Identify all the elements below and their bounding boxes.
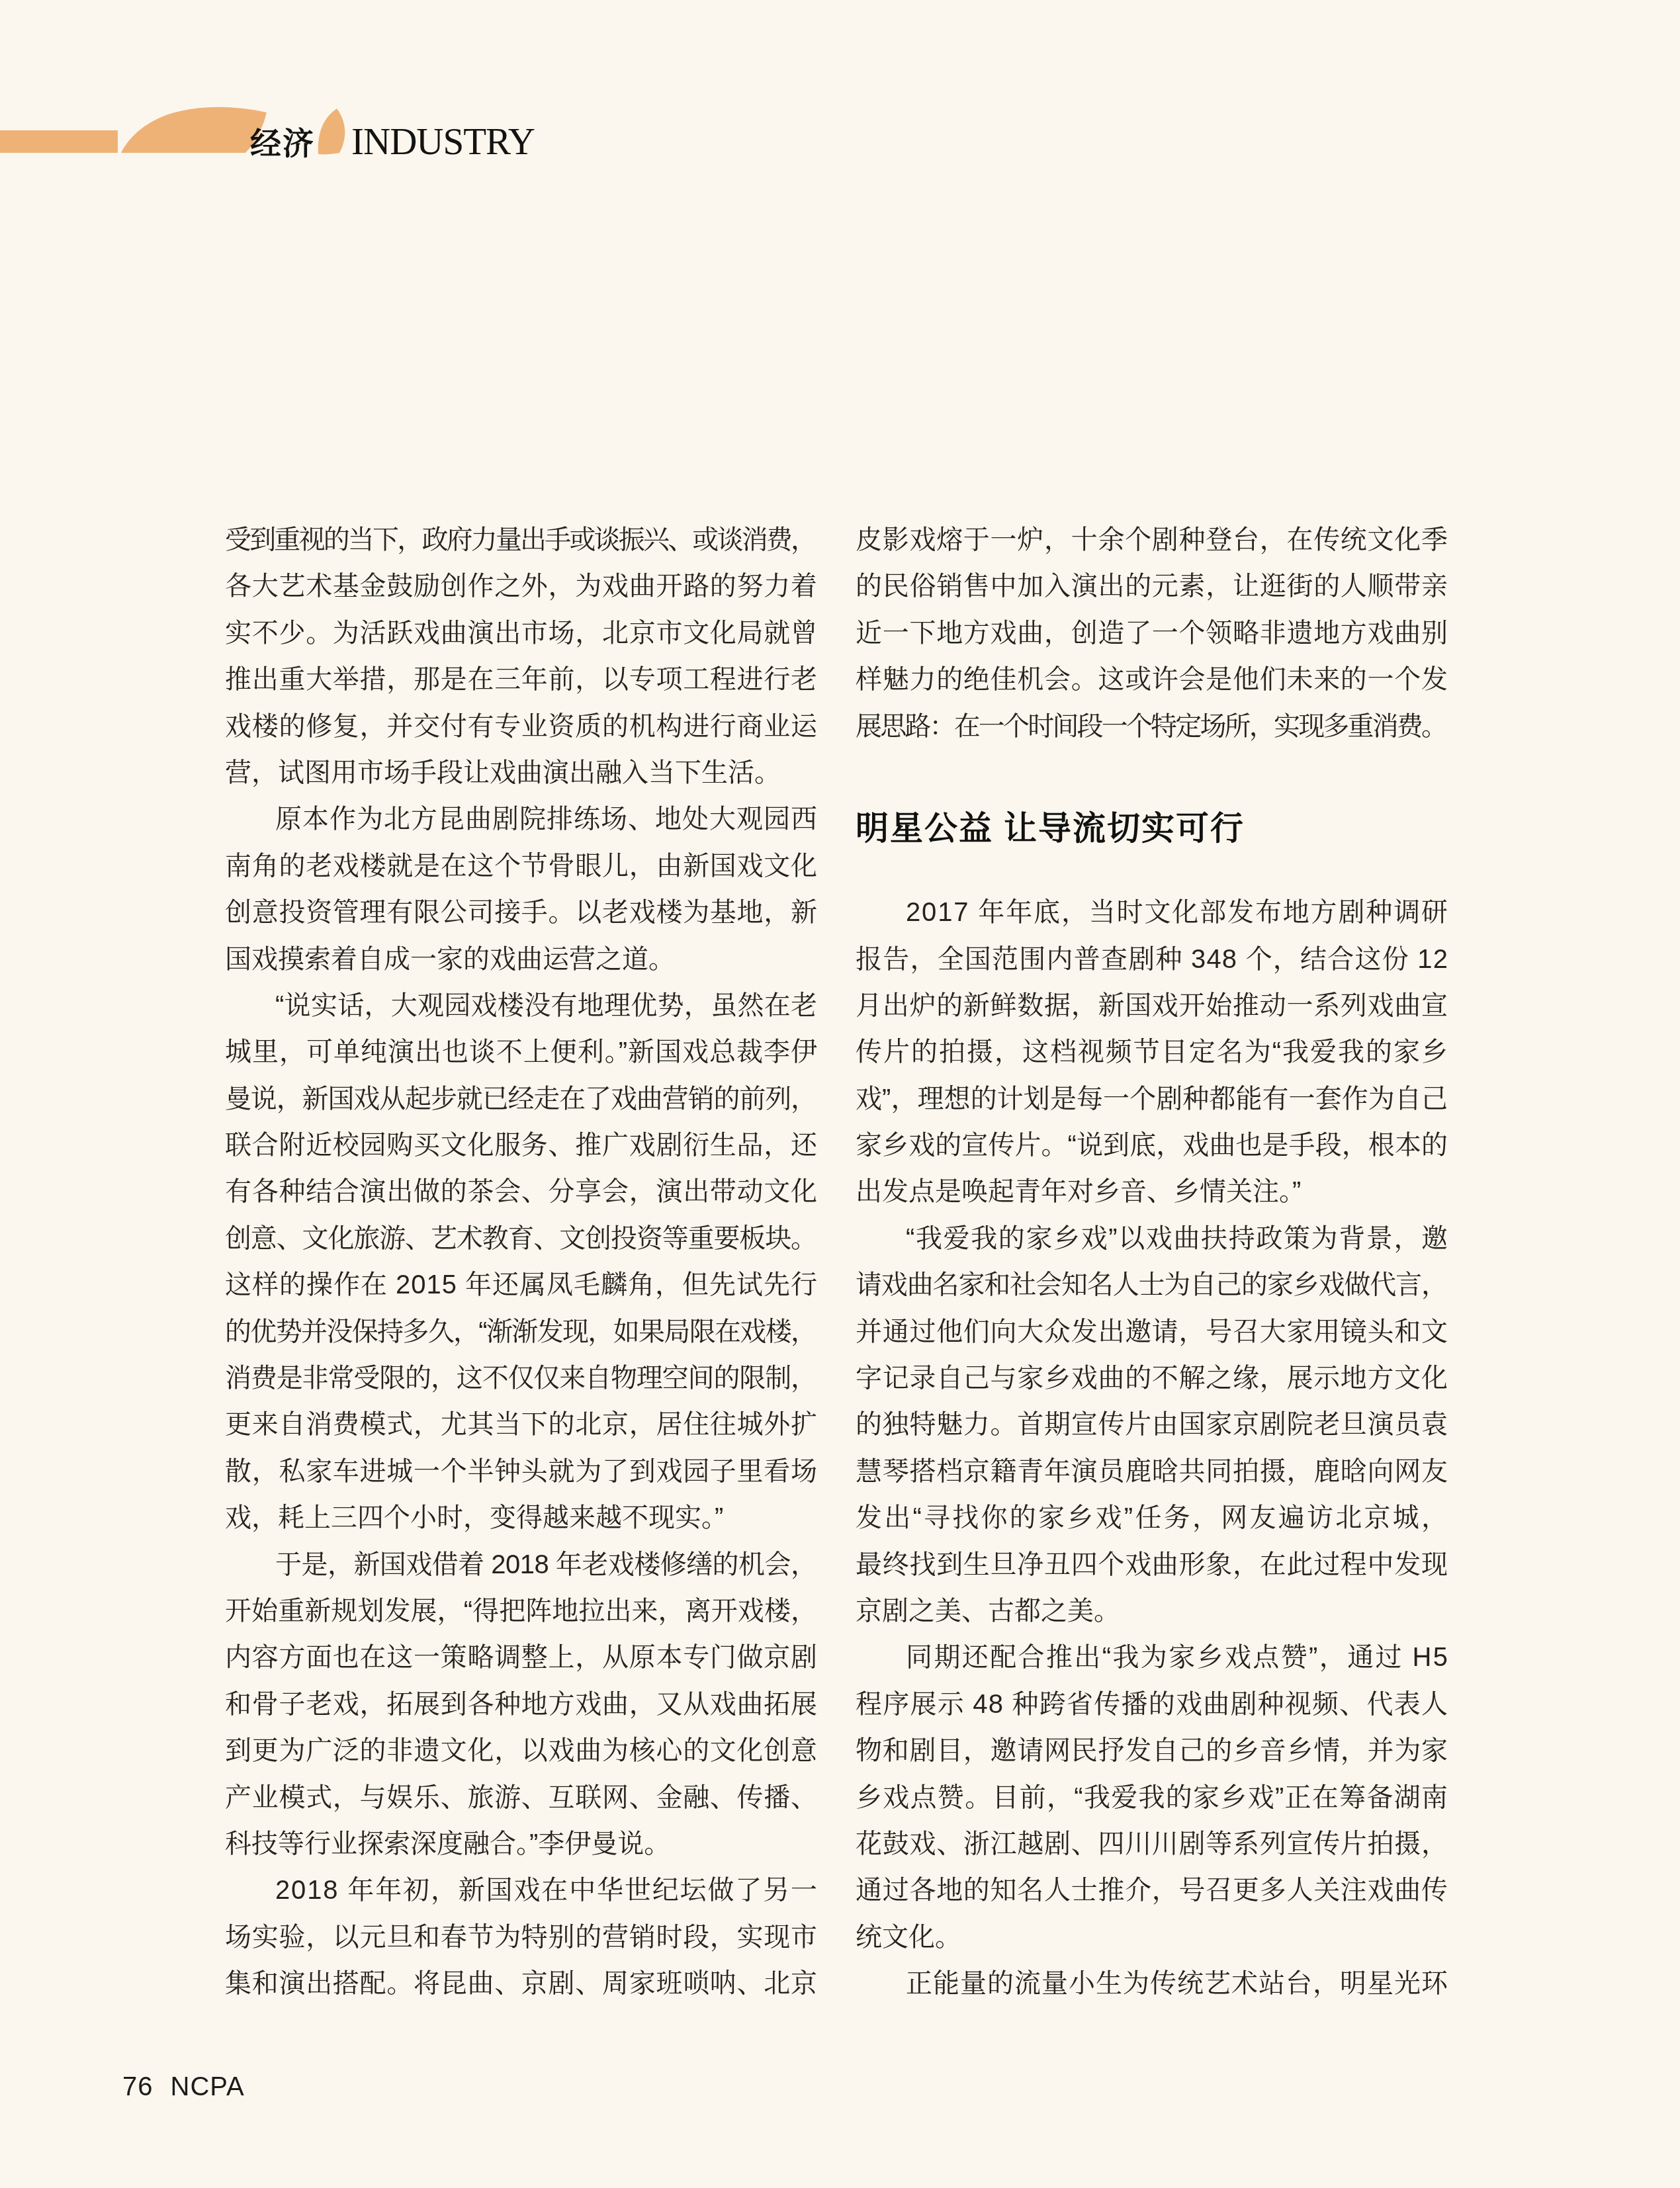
text-line: 乡戏点赞。目前，“我爱我的家乡戏”正在筹备湖南 [856, 1774, 1449, 1821]
right-column-top: 皮影戏熔于一炉，十余个剧种登台，在传统文化季的民俗销售中加入演出的元素，让逛街的… [856, 517, 1449, 750]
text-line: 这样的操作在 2015 年还属凤毛麟角，但先试先行 [225, 1262, 817, 1308]
text-line: 创意、文化旅游、艺术教育、文创投资等重要板块。 [225, 1215, 817, 1262]
left-column: 受到重视的当下，政府力量出手或谈振兴、或谈消费，各大艺术基金鼓励创作之外，为戏曲… [225, 517, 817, 2007]
header-decoration [0, 99, 371, 165]
section-header: 经济 INDUSTRY [0, 0, 1680, 225]
text-line: 原本作为北方昆曲剧院排练场、地处大观园西 [225, 796, 817, 842]
text-line: “我爱我的家乡戏”以戏曲扶持政策为背景，邀 [856, 1215, 1449, 1262]
text-line: 实不少。为活跃戏曲演出市场，北京市文化局就曾 [225, 610, 817, 656]
text-line: 戏，耗上三四个小时，变得越来越不现实。” [225, 1495, 817, 1541]
text-line: 慧琴搭档京籍青年演员鹿晗共同拍摄，鹿晗向网友 [856, 1448, 1449, 1495]
heading-slot: 明星公益 让导流切实可行 [856, 750, 1449, 889]
text-line: 发出“寻找你的家乡戏”任务，网友遍访北京城， [856, 1495, 1449, 1541]
text-line: 联合附近校园购买文化服务、推广戏剧衍生品，还 [225, 1122, 817, 1168]
text-line: “说实话，大观园戏楼没有地理优势，虽然在老 [225, 983, 817, 1029]
text-line: 皮影戏熔于一炉，十余个剧种登台，在传统文化季 [856, 517, 1449, 563]
text-line: 程序展示 48 种跨省传播的戏曲剧种视频、代表人 [856, 1681, 1449, 1728]
text-line: 样魅力的绝佳机会。这或许会是他们未来的一个发 [856, 656, 1449, 703]
text-line: 曼说，新国戏从起步就已经走在了戏曲营销的前列， [225, 1076, 817, 1122]
text-line: 受到重视的当下，政府力量出手或谈振兴、或谈消费， [225, 517, 817, 563]
text-line: 集和演出搭配。将昆曲、京剧、周家班唢呐、北京 [225, 1960, 817, 2007]
magazine-page: 经济 INDUSTRY 受到重视的当下，政府力量出手或谈振兴、或谈消费，各大艺术… [0, 0, 1680, 2188]
text-line: 南角的老戏楼就是在这个节骨眼儿，由新国戏文化 [225, 843, 817, 889]
text-line: 的独特魅力。首期宣传片由国家京剧院老旦演员袁 [856, 1401, 1449, 1448]
text-line: 花鼓戏、浙江越剧、四川川剧等系列宣传片拍摄， [856, 1821, 1449, 1867]
text-line: 创意投资管理有限公司接手。以老戏楼为基地，新 [225, 889, 817, 936]
text-line: 戏楼的修复，并交付有专业资质的机构进行商业运 [225, 703, 817, 750]
text-line: 消费是非常受限的，这不仅仅来自物理空间的限制， [225, 1355, 817, 1401]
text-line: 近一下地方戏曲，创造了一个领略非遗地方戏曲别 [856, 610, 1449, 656]
section-title-en: INDUSTRY [351, 123, 535, 161]
text-line: 国戏摸索着自成一家的戏曲运营之道。 [225, 936, 817, 983]
text-line: 同期还配合推出“我为家乡戏点赞”，通过 H5 [856, 1634, 1449, 1681]
text-line: 通过各地的知名人士推介，号召更多人关注戏曲传 [856, 1867, 1449, 1913]
text-line: 产业模式，与娱乐、旅游、互联网、金融、传播、 [225, 1774, 817, 1821]
text-line: 出发点是唤起青年对乡音、乡情关注。” [856, 1168, 1449, 1215]
right-column-bottom: 2017 年年底，当时文化部发布地方剧种调研报告，全国范围内普查剧种 348 个… [856, 889, 1449, 2007]
text-line: 城里，可单纯演出也谈不上便利。”新国戏总裁李伊 [225, 1029, 817, 1075]
text-line: 各大艺术基金鼓励创作之外，为戏曲开路的努力着 [225, 563, 817, 609]
text-line: 2018 年年初，新国戏在中华世纪坛做了另一 [225, 1867, 817, 1913]
text-line: 的民俗销售中加入演出的元素，让逛街的人顺带亲 [856, 563, 1449, 609]
text-line: 推出重大举措，那是在三年前，以专项工程进行老 [225, 656, 817, 703]
section-title-cn: 经济 [250, 128, 315, 159]
text-line: 月出炉的新鲜数据，新国戏开始推动一系列戏曲宣 [856, 983, 1449, 1029]
text-line: 散，私家车进城一个半钟头就为了到戏园子里看场 [225, 1448, 817, 1495]
text-line: 于是，新国戏借着 2018 年老戏楼修缮的机会， [225, 1542, 817, 1588]
header-leaf-icon [121, 107, 267, 153]
text-line: 正能量的流量小生为传统艺术站台，明星光环 [856, 1960, 1449, 2007]
text-line: 的优势并没保持多久，“渐渐发现，如果局限在戏楼， [225, 1309, 817, 1355]
text-line: 报告，全国范围内普查剧种 348 个，结合这份 12 [856, 936, 1449, 983]
text-line: 请戏曲名家和社会知名人士为自己的家乡戏做代言， [856, 1262, 1449, 1308]
text-line: 2017 年年底，当时文化部发布地方剧种调研 [856, 889, 1449, 936]
text-line: 展思路：在一个时间段一个特定场所，实现多重消费。 [856, 703, 1449, 750]
text-line: 营，试图用市场手段让戏曲演出融入当下生活。 [225, 750, 817, 796]
text-line: 字记录自己与家乡戏曲的不解之缘，展示地方文化 [856, 1355, 1449, 1401]
text-line: 到更为广泛的非遗文化，以戏曲为核心的文化创意 [225, 1728, 817, 1774]
header-swoosh-icon [318, 109, 345, 154]
right-column: 皮影戏熔于一炉，十余个剧种登台，在传统文化季的民俗销售中加入演出的元素，让逛街的… [856, 517, 1449, 2007]
text-line: 统文化。 [856, 1914, 1449, 1960]
text-line: 传片的拍摄，这档视频节目定名为“我爱我的家乡 [856, 1029, 1449, 1075]
header-bar [0, 130, 118, 153]
text-line: 开始重新规划发展，“得把阵地拉出来，离开戏楼， [225, 1588, 817, 1634]
text-line: 物和剧目，邀请网民抒发自己的乡音乡情，并为家 [856, 1728, 1449, 1774]
text-line: 场实验，以元旦和春节为特别的营销时段，实现市 [225, 1914, 817, 1960]
section-heading: 明星公益 让导流切实可行 [856, 812, 1245, 845]
text-line: 内容方面也在这一策略调整上，从原本专门做京剧 [225, 1634, 817, 1681]
text-line: 更来自消费模式，尤其当下的北京，居住往城外扩 [225, 1401, 817, 1448]
page-number: 76 [122, 2072, 154, 2101]
text-line: 并通过他们向大众发出邀请，号召大家用镜头和文 [856, 1309, 1449, 1355]
text-line: 有各种结合演出做的茶会、分享会，演出带动文化 [225, 1168, 817, 1215]
text-line: 京剧之美、古都之美。 [856, 1588, 1449, 1634]
text-line: 最终找到生旦净丑四个戏曲形象，在此过程中发现 [856, 1542, 1449, 1588]
text-line: 科技等行业探索深度融合。”李伊曼说。 [225, 1821, 817, 1867]
text-line: 家乡戏的宣传片。“说到底，戏曲也是手段，根本的 [856, 1122, 1449, 1168]
brand-name: NCPA [171, 2072, 245, 2101]
text-line: 戏”，理想的计划是每一个剧种都能有一套作为自己 [856, 1076, 1449, 1122]
text-line: 和骨子老戏，拓展到各种地方戏曲，又从戏曲拓展 [225, 1681, 817, 1728]
page-footer: 76NCPA [122, 2074, 245, 2100]
